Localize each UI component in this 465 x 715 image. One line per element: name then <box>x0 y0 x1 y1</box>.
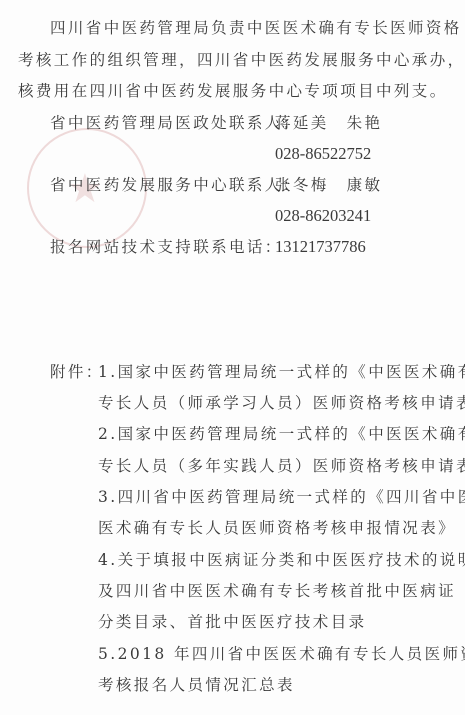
contact-2-names: 张冬梅 康敏 <box>275 175 382 195</box>
contact-1-names: 蒋延美 朱艳 <box>275 113 382 133</box>
attachment-line-1: 1.国家中医药管理局统一式样的《中医医术确有 <box>98 362 465 382</box>
paragraph-line-1: 四川省中医药管理局负责中医医术确有专长医师资格 <box>50 18 462 38</box>
contact-2-phone: 028-86203241 <box>275 206 371 226</box>
attachment-line-5: 3.四川省中医药管理局统一式样的《四川省中医 <box>98 487 465 507</box>
attachment-line-10: 5.2018 年四川省中医医术确有专长人员医师资格 <box>98 644 465 664</box>
contact-2-label: 省中医药发展服务中心联系人： <box>50 175 301 195</box>
contact-1-phone: 028-86522752 <box>275 144 371 164</box>
attachment-line-8: 及四川省中医医术确有专长考核首批中医病证 <box>98 581 456 601</box>
paragraph-line-3: 核费用在四川省中医药发展服务中心专项项目中列支。 <box>18 81 448 101</box>
tech-support-phone: 13121737786 <box>275 237 366 257</box>
attachment-line-11: 考核报名人员情况汇总表 <box>98 675 295 695</box>
attachments-label: 附件： <box>50 362 104 382</box>
attachment-line-6: 医术确有专长人员医师资格考核申报情况表》 <box>98 518 456 538</box>
paragraph-line-2: 考核工作的组织管理，四川省中医药发展服务中心承办，考 <box>18 50 465 70</box>
attachment-line-9: 分类目录、首批中医医疗技术目录 <box>98 612 367 632</box>
attachment-line-3: 2.国家中医药管理局统一式样的《中医医术确有 <box>98 424 465 444</box>
attachment-line-7: 4.关于填报中医病证分类和中医医疗技术的说明 <box>98 550 465 570</box>
attachment-line-4: 专长人员（多年实践人员）医师资格考核申请表》 <box>98 456 465 476</box>
tech-support-label: 报名网站技术支持联系电话： <box>50 237 283 257</box>
attachment-line-2: 专长人员（师承学习人员）医师资格考核申请表》 <box>98 393 465 413</box>
contact-1-label: 省中医药管理局医政处联系人： <box>50 113 301 133</box>
